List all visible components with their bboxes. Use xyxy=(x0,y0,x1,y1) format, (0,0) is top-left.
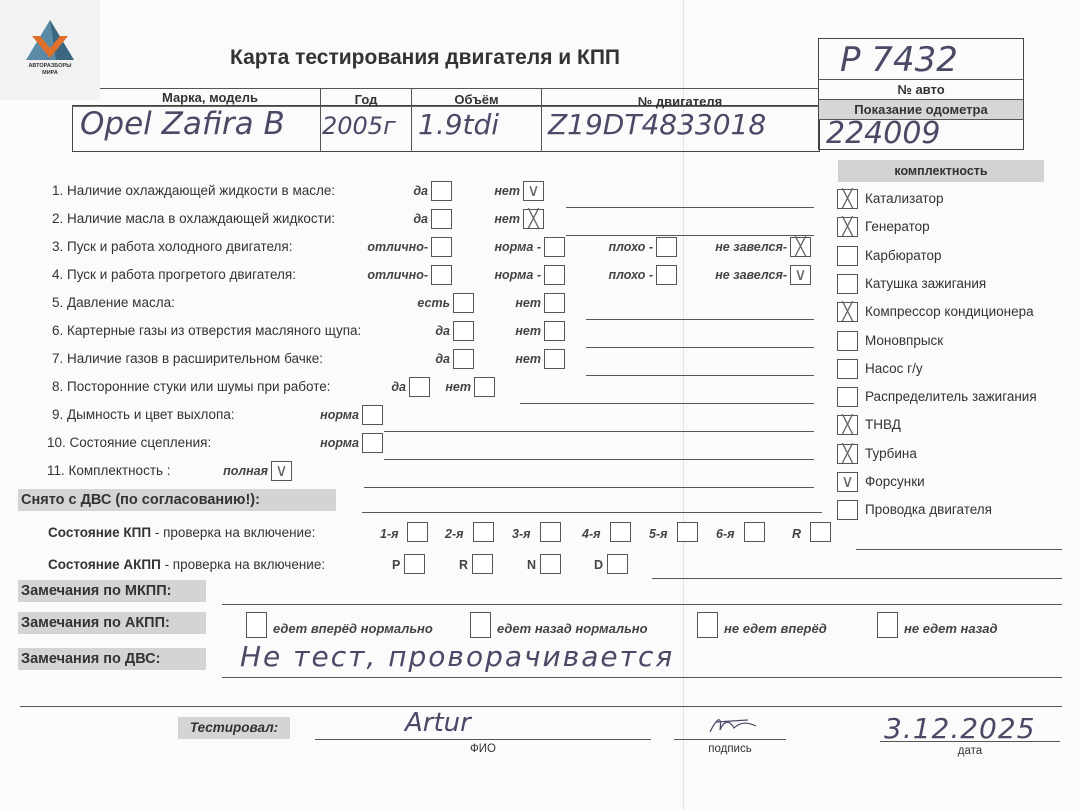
question-2-option-label: да xyxy=(360,212,428,226)
question-7-checkbox[interactable] xyxy=(453,349,474,369)
question-4-checkbox[interactable] xyxy=(544,265,565,285)
kit-checkbox[interactable] xyxy=(837,359,858,379)
akpp-remark-checkbox[interactable] xyxy=(470,612,491,638)
question-10-option-label: норма xyxy=(312,436,359,450)
question-3-label: 3. Пуск и работа холодного двигателя: xyxy=(52,239,293,254)
question-1-label: 1. Наличие охлаждающей жидкости в масле: xyxy=(52,183,335,198)
question-7-notes-line[interactable] xyxy=(586,375,814,376)
question-6-option-label: да xyxy=(420,324,450,338)
akpp-position-checkbox[interactable] xyxy=(404,554,425,574)
engine-remarks-label: Замечания по ДВС: xyxy=(18,648,206,670)
question-11-checkbox[interactable]: ∨ xyxy=(271,461,292,481)
question-5-notes-line[interactable] xyxy=(586,319,814,320)
gear-checkbox[interactable] xyxy=(407,522,428,542)
kit-item-label: Карбюратор xyxy=(865,248,942,263)
engine-number-label: № двигателя xyxy=(542,94,818,109)
akpp-remark-checkbox[interactable] xyxy=(877,612,898,638)
kit-item-label: Форсунки xyxy=(865,474,925,489)
question-4-checkbox[interactable]: ∨ xyxy=(790,265,811,285)
kit-checkbox[interactable] xyxy=(837,274,858,294)
kit-item-label: ТНВД xyxy=(865,417,901,432)
logo-mountain-icon xyxy=(26,20,74,62)
question-10-checkbox[interactable] xyxy=(362,433,383,453)
question-1-notes-line[interactable] xyxy=(566,207,814,208)
question-9-option-label: норма xyxy=(312,408,359,422)
akpp-remark-checkbox[interactable] xyxy=(246,612,267,638)
manual-gearbox-remarks-label: Замечания по МКПП: xyxy=(18,580,206,602)
question-7-option-label: нет xyxy=(508,352,541,366)
kit-title: комплектность xyxy=(838,160,1044,182)
question-2-label: 2. Наличие масла в охлаждающей жидкости: xyxy=(52,211,335,226)
kit-item-label: Катушка зажигания xyxy=(865,276,986,291)
question-4-option-label: норма - xyxy=(488,268,541,282)
question-9-notes-line[interactable] xyxy=(384,431,814,432)
question-1-option-label: нет xyxy=(488,184,520,198)
gear-label: 6-я xyxy=(716,527,734,541)
question-6-checkbox[interactable] xyxy=(453,321,474,341)
akpp-position-label: N xyxy=(527,558,536,572)
question-4-checkbox[interactable] xyxy=(431,265,452,285)
kit-checkbox[interactable] xyxy=(837,500,858,520)
signature[interactable] xyxy=(700,712,770,738)
kit-checkbox[interactable]: ╳ xyxy=(837,217,858,237)
kit-item-label: Генератор xyxy=(865,219,930,234)
kit-item-label: Компрессор кондиционера xyxy=(865,304,1034,319)
odometer-label: Показание одометра xyxy=(818,102,1024,117)
akpp-position-label: D xyxy=(594,558,603,572)
gear-label: 4-я xyxy=(582,527,600,541)
make-model-value[interactable]: Opel Zafira B xyxy=(80,106,285,142)
kit-checkbox[interactable]: ∨ xyxy=(837,472,858,492)
akpp-position-checkbox[interactable] xyxy=(472,554,493,574)
question-7-checkbox[interactable] xyxy=(544,349,565,369)
document-title: Карта тестирования двигателя и КПП xyxy=(230,46,620,70)
question-8-option-label: да xyxy=(386,380,406,394)
year-label: Год xyxy=(321,92,411,107)
kit-item-label: Насос г/у xyxy=(865,361,923,376)
question-2-checkbox[interactable]: ╳ xyxy=(523,209,544,229)
question-10-label: 10. Состояние сцепления: xyxy=(47,435,211,450)
kit-checkbox[interactable] xyxy=(837,246,858,266)
question-6-option-label: нет xyxy=(508,324,541,338)
logo-text-line1: АВТОРАЗБОРЫ xyxy=(0,63,100,69)
question-5-checkbox[interactable] xyxy=(544,293,565,313)
kit-checkbox[interactable]: ╳ xyxy=(837,302,858,322)
akpp-remark-label: не едет назад xyxy=(904,621,998,636)
question-3-checkbox[interactable] xyxy=(656,237,677,257)
gear-label: 5-я xyxy=(649,527,667,541)
question-3-option-label: не завелся- xyxy=(708,240,787,254)
date-caption: дата xyxy=(880,745,1060,757)
question-8-checkbox[interactable] xyxy=(474,377,495,397)
question-8-notes-line[interactable] xyxy=(520,403,814,404)
question-4-option-label: не завелся- xyxy=(708,268,787,282)
akpp-position-checkbox[interactable] xyxy=(607,554,628,574)
make-model-label: Марка, модель xyxy=(100,90,320,105)
akpp-position-label: R xyxy=(459,558,468,572)
logo-text-line2: МИРА xyxy=(0,70,100,76)
question-3-checkbox[interactable] xyxy=(544,237,565,257)
question-6-checkbox[interactable] xyxy=(544,321,565,341)
question-4-checkbox[interactable] xyxy=(656,265,677,285)
kit-item-label: Распределитель зажигания xyxy=(865,389,1037,404)
year-value[interactable]: 2005г xyxy=(322,112,396,140)
question-2-notes-line[interactable] xyxy=(566,235,814,236)
removed-from-engine-label: Снято с ДВС (по согласованию!): xyxy=(18,489,336,511)
question-8-checkbox[interactable] xyxy=(409,377,430,397)
gear-checkbox[interactable] xyxy=(610,522,631,542)
gear-checkbox[interactable] xyxy=(677,522,698,542)
volume-value[interactable]: 1.9tdi xyxy=(418,108,499,141)
question-5-option-label: есть xyxy=(412,296,450,310)
kit-checkbox[interactable] xyxy=(837,387,858,407)
engine-remarks-value[interactable]: Не тест, проворачивается xyxy=(240,640,674,673)
akpp-remark-label: едет вперёд нормально xyxy=(273,621,433,636)
name-caption: ФИО xyxy=(315,743,651,755)
auto-gearbox-remarks-label: Замечания по АКПП: xyxy=(18,612,206,634)
akpp-position-label: P xyxy=(392,558,400,572)
question-7-option-label: да xyxy=(420,352,450,366)
question-8-option-label: нет xyxy=(442,380,471,394)
akpp-remark-label: едет назад нормально xyxy=(497,621,648,636)
question-5-label: 5. Давление масла: xyxy=(52,295,175,310)
kit-checkbox[interactable]: ╳ xyxy=(837,415,858,435)
car-number-value[interactable]: P 7432 xyxy=(840,40,958,80)
question-3-checkbox[interactable] xyxy=(431,237,452,257)
signature-caption: подпись xyxy=(674,743,786,755)
akpp-position-checkbox[interactable] xyxy=(540,554,561,574)
question-4-option-label: отлично- xyxy=(360,268,428,282)
kit-item-label: Проводка двигателя xyxy=(865,502,992,517)
question-3-option-label: плохо - xyxy=(602,240,653,254)
question-6-label: 6. Картерные газы из отверстия масляного… xyxy=(52,323,361,338)
question-4-option-label: плохо - xyxy=(602,268,653,282)
kit-checkbox[interactable]: ╳ xyxy=(837,444,858,464)
gear-label: 1-я xyxy=(380,527,398,541)
question-2-checkbox[interactable] xyxy=(431,209,452,229)
kit-item-label: Катализатор xyxy=(865,191,943,206)
question-3-checkbox[interactable]: ╳ xyxy=(790,237,811,257)
question-8-label: 8. Посторонние стуки или шумы при работе… xyxy=(52,379,331,394)
gear-label: 3-я xyxy=(512,527,530,541)
question-6-notes-line[interactable] xyxy=(586,347,814,348)
tested-by-label: Тестировал: xyxy=(178,717,290,739)
question-3-option-label: норма - xyxy=(488,240,541,254)
kit-checkbox[interactable]: ╳ xyxy=(837,189,858,209)
manual-gearbox-remarks-line[interactable] xyxy=(222,604,1062,605)
question-11-option-label: полная xyxy=(216,464,268,478)
question-1-option-label: да xyxy=(360,184,428,198)
tester-name-value[interactable]: Artur xyxy=(405,708,471,738)
question-10-notes-line[interactable] xyxy=(384,459,814,460)
header-top-line xyxy=(100,88,818,89)
question-7-label: 7. Наличие газов в расширительном бачке: xyxy=(52,351,323,366)
gear-checkbox[interactable] xyxy=(473,522,494,542)
question-9-label: 9. Дымность и цвет выхлопа: xyxy=(52,407,235,422)
manual-gearbox-label: Состояние КПП - проверка на включение: xyxy=(48,525,315,540)
akpp-remark-checkbox[interactable] xyxy=(697,612,718,638)
gear-checkbox[interactable] xyxy=(540,522,561,542)
question-9-checkbox[interactable] xyxy=(362,405,383,425)
odometer-value[interactable]: 224009 xyxy=(826,116,941,151)
gear-checkbox[interactable] xyxy=(744,522,765,542)
question-11-label: 11. Комплектность : xyxy=(47,463,171,478)
question-2-option-label: нет xyxy=(488,212,520,226)
question-1-checkbox[interactable] xyxy=(431,181,452,201)
akpp-remark-label: не едет вперёд xyxy=(724,621,827,636)
kit-item-label: Турбина xyxy=(865,446,917,461)
company-logo: АВТОРАЗБОРЫ МИРА xyxy=(0,0,100,100)
question-1-checkbox[interactable]: ∨ xyxy=(523,181,544,201)
question-4-label: 4. Пуск и работа прогретого двигателя: xyxy=(52,267,296,282)
question-3-option-label: отлично- xyxy=(360,240,428,254)
auto-gearbox-label: Состояние АКПП - проверка на включение: xyxy=(48,557,325,572)
engine-number-value[interactable]: Z19DT4833018 xyxy=(548,108,766,141)
volume-label: Объём xyxy=(412,92,541,107)
gear-label: R xyxy=(792,527,801,541)
kit-item-label: Моновпрыск xyxy=(865,333,943,348)
gear-label: 2-я xyxy=(445,527,463,541)
question-5-option-label: нет xyxy=(508,296,541,310)
gear-checkbox[interactable] xyxy=(810,522,831,542)
car-number-label: № авто xyxy=(818,82,1024,97)
question-11-notes-line[interactable] xyxy=(364,487,814,488)
kit-checkbox[interactable] xyxy=(837,331,858,351)
question-5-checkbox[interactable] xyxy=(453,293,474,313)
